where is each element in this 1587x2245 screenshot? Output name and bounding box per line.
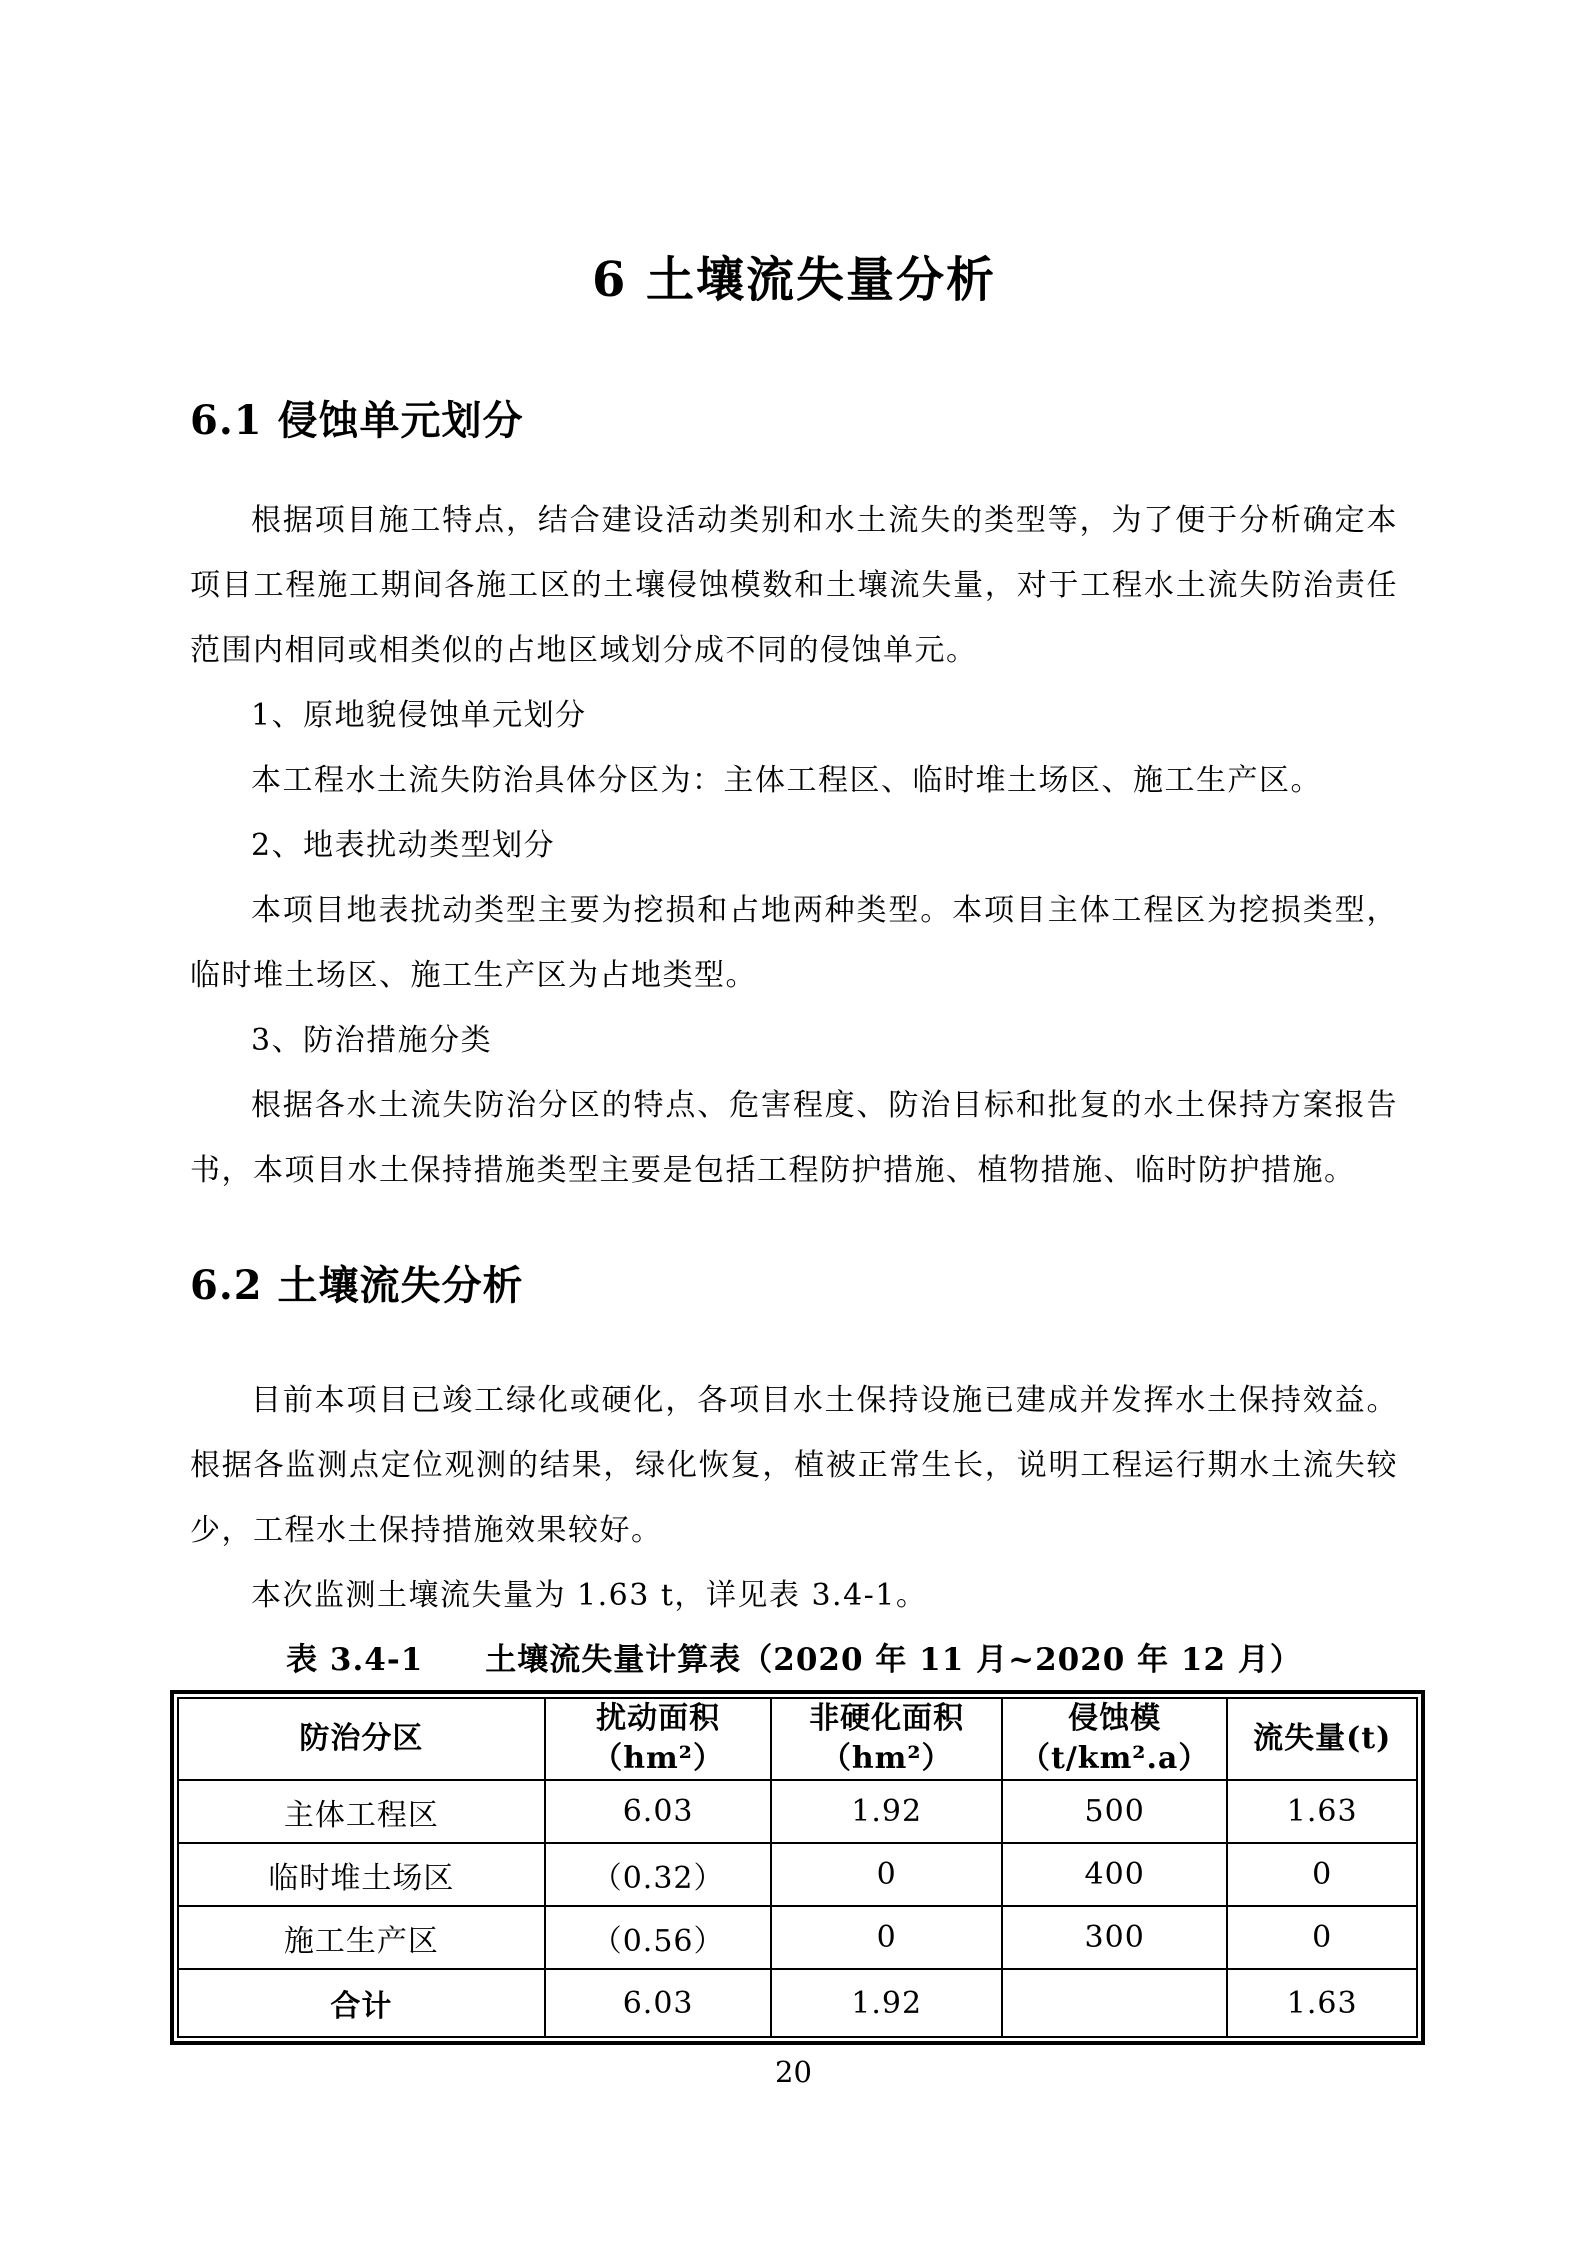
cell-non-hardened-area: 1.92 (771, 1780, 1001, 1843)
table-row: 主体工程区 6.03 1.92 500 1.63 (178, 1780, 1417, 1843)
list-item-3: 3、防治措施分类 (190, 1008, 1398, 1073)
header-line: 防治分区 (179, 1719, 544, 1759)
table-caption: 表 3.4-1土壤流失量计算表（2020 年 11 月~2020 年 12 月） (190, 1638, 1398, 1682)
cell-zone-total: 合计 (178, 1969, 545, 2037)
paragraph: 本工程水土流失防治具体分区为：主体工程区、临时堆土场区、施工生产区。 (190, 748, 1398, 813)
list-item-2: 2、地表扰动类型划分 (190, 813, 1398, 878)
header-line: 扰动面积（hm²） (546, 1699, 771, 1779)
paragraph: 根据项目施工特点，结合建设活动类别和水土流失的类型等，为了便于分析确定本项目工程… (190, 488, 1398, 683)
paragraph: 根据各水土流失防治分区的特点、危害程度、防治目标和批复的水土保持方案报告书，本项… (190, 1073, 1398, 1203)
list-item-1: 1、原地貌侵蚀单元划分 (190, 683, 1398, 748)
header-line: （t/km².a） (1003, 1739, 1226, 1779)
column-header-non-hardened-area: 非硬化面积（hm²） (771, 1698, 1001, 1780)
column-header-soil-loss: 流失量(t) (1227, 1698, 1417, 1780)
document-page: 6 土壤流失量分析 6.1 侵蚀单元划分 根据项目施工特点，结合建设活动类别和水… (0, 0, 1587, 2245)
table-header-row: 防治分区 扰动面积（hm²） 非硬化面积（hm²） 侵蚀模（t/km².a） 流… (178, 1698, 1417, 1780)
chapter-title: 6 土壤流失量分析 (190, 245, 1398, 315)
cell-erosion-modulus: 500 (1002, 1780, 1227, 1843)
paragraph: 本次监测土壤流失量为 1.63 t，详见表 3.4-1。 (190, 1563, 1398, 1628)
section-heading-6-1: 6.1 侵蚀单元划分 (190, 393, 1398, 449)
cell-disturbed-area: 6.03 (545, 1780, 772, 1843)
cell-zone: 施工生产区 (178, 1906, 545, 1969)
cell-erosion-modulus: 400 (1002, 1843, 1227, 1906)
column-header-erosion-modulus: 侵蚀模（t/km².a） (1002, 1698, 1227, 1780)
cell-non-hardened-area: 0 (771, 1906, 1001, 1969)
header-line: （hm²） (772, 1739, 1000, 1779)
cell-soil-loss: 0 (1227, 1843, 1417, 1906)
table-row-total: 合计 6.03 1.92 1.63 (178, 1969, 1417, 2037)
cell-zone: 临时堆土场区 (178, 1843, 545, 1906)
page-number: 20 (0, 2052, 1587, 2092)
cell-disturbed-area: （0.32） (545, 1843, 772, 1906)
cell-soil-loss: 1.63 (1227, 1780, 1417, 1843)
cell-disturbed-area: （0.56） (545, 1906, 772, 1969)
cell-soil-loss: 0 (1227, 1906, 1417, 1969)
header-line: 侵蚀模 (1003, 1699, 1226, 1739)
cell-erosion-modulus (1002, 1969, 1227, 2037)
cell-non-hardened-area: 1.92 (771, 1969, 1001, 2037)
column-header-zone: 防治分区 (178, 1698, 545, 1780)
cell-disturbed-area: 6.03 (545, 1969, 772, 2037)
column-header-disturbed-area: 扰动面积（hm²） (545, 1698, 772, 1780)
cell-zone: 主体工程区 (178, 1780, 545, 1843)
table-row: 施工生产区 （0.56） 0 300 0 (178, 1906, 1417, 1969)
section-heading-6-2: 6.2 土壤流失分析 (190, 1258, 1398, 1314)
table-caption-label: 表 3.4-1 (286, 1642, 423, 1678)
table-caption-title: 土壤流失量计算表（2020 年 11 月~2020 年 12 月） (485, 1642, 1302, 1678)
cell-erosion-modulus: 300 (1002, 1906, 1227, 1969)
paragraph: 本项目地表扰动类型主要为挖损和占地两种类型。本项目主体工程区为挖损类型，临时堆土… (190, 878, 1398, 1008)
cell-non-hardened-area: 0 (771, 1843, 1001, 1906)
paragraph: 目前本项目已竣工绿化或硬化，各项目水土保持设施已建成并发挥水土保持效益。根据各监… (190, 1368, 1398, 1563)
header-line: 流失量(t) (1228, 1719, 1416, 1759)
table-row: 临时堆土场区 （0.32） 0 400 0 (178, 1843, 1417, 1906)
soil-loss-table: 防治分区 扰动面积（hm²） 非硬化面积（hm²） 侵蚀模（t/km².a） 流… (170, 1690, 1425, 2045)
cell-soil-loss: 1.63 (1227, 1969, 1417, 2037)
header-line: 非硬化面积 (772, 1699, 1000, 1739)
